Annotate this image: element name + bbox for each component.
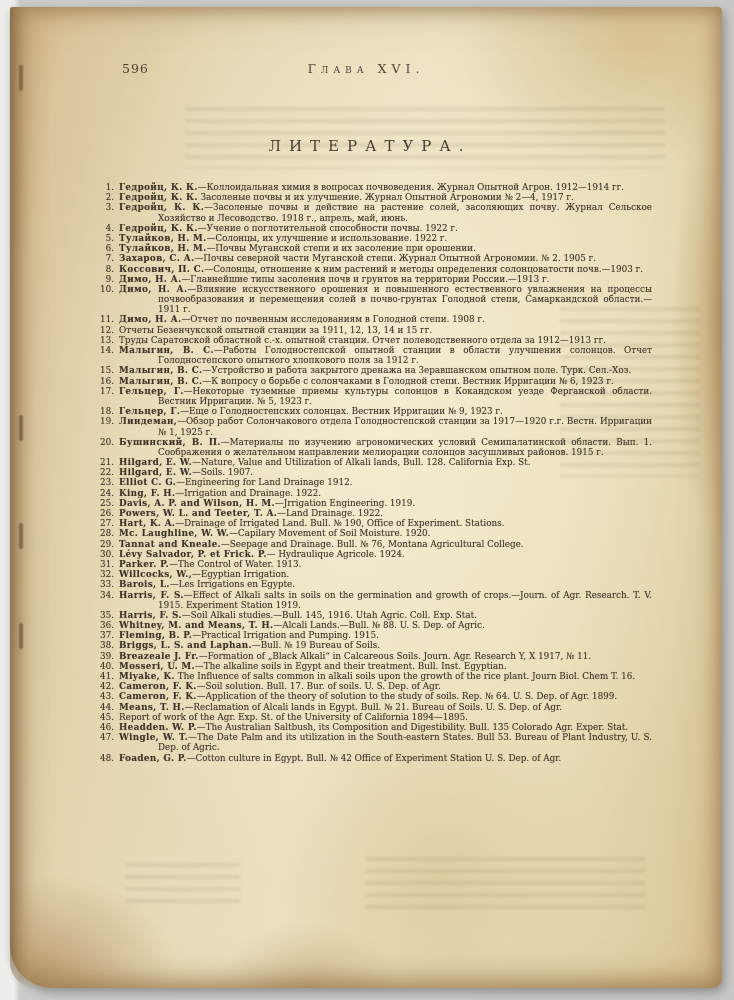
reference-item: 11.Димо, Н. А.—Отчет по почвенным исслед…: [96, 315, 652, 325]
reference-author: Headden. W. P.: [119, 723, 197, 733]
reference-text: —Почвы северной части Муганской степи. Ж…: [195, 254, 597, 264]
reference-text: The Influence of salts common in alkali …: [175, 672, 635, 682]
reference-number: 1.: [96, 183, 114, 193]
reference-number: 4.: [96, 224, 114, 234]
reference-item: 3.Гедройц, К. К.—Засоленые почвы и дейст…: [96, 203, 652, 223]
reference-item: 32.Willcocks, W.,—Egyptian Irrigation.: [96, 570, 652, 580]
section-title: ЛИТЕРАТУРА.: [10, 137, 722, 155]
reference-text: —Soil Alkali studies.—Bull. 145, 1916. U…: [182, 611, 477, 621]
reference-item: 29.Tannat and Kneale.—Seepage and Draina…: [96, 540, 652, 550]
reference-number: 13.: [96, 336, 114, 346]
reference-text: Засоленые почвы и их улучшение. Журнал О…: [198, 193, 574, 203]
reference-text: —Capilary Movement of Soil Moisture. 192…: [229, 529, 430, 539]
reference-number: 26.: [96, 509, 114, 519]
reference-item: 23.Elliot C. G.—Engineering for Land Dra…: [96, 478, 652, 488]
reference-item: 10.Димо, Н. А.—Влияние искусственного ор…: [96, 285, 652, 316]
reference-author: Димо, Н. А.: [119, 275, 182, 285]
reference-number: 19.: [96, 417, 114, 427]
reference-author: Harris, F. S.: [119, 611, 182, 621]
reference-item: 21.Hilgard, E. W.—Nature, Value and Util…: [96, 458, 652, 468]
reference-item: 25.Davis, A. P. and Wilson, H. M.—Jrriga…: [96, 499, 652, 509]
reference-text: —Soils. 1907.: [192, 468, 253, 478]
reference-number: 31.: [96, 560, 114, 570]
reference-item: 7.Захаров, С. А.—Почвы северной части Му…: [96, 254, 652, 264]
reference-author: Гельцер, Г.: [119, 387, 184, 397]
reference-text: —The Australian Saltbush, its Compositio…: [197, 723, 628, 733]
reference-text: —Effect of Alkali salts in soils on the …: [158, 591, 652, 611]
reference-text: —Материалы по изучению агрономических ус…: [158, 438, 652, 458]
reference-number: 20.: [96, 438, 114, 448]
reference-item: 13.Труды Саратовской областной с.-х. опы…: [96, 336, 652, 346]
reference-item: 30.Lévy Salvador, P. et Frick. P.— Hydra…: [96, 550, 652, 560]
reference-author: Тулайков, Н. М.: [119, 244, 207, 254]
reference-list: 1.Гедройц, К. К.—Коллоидальная химия в в…: [96, 183, 652, 764]
reference-number: 14.: [96, 346, 114, 356]
reference-number: 38.: [96, 641, 114, 651]
reference-item: 8.Коссович, П. С.—Солонцы, отношение к н…: [96, 265, 652, 275]
reference-item: 1.Гедройц, К. К.—Коллоидальная химия в в…: [96, 183, 652, 193]
reference-number: 36.: [96, 621, 114, 631]
reference-number: 41.: [96, 672, 114, 682]
reference-text: —Nature, Value and Utilization of Alkali…: [192, 458, 530, 468]
reference-author: Гедройц, К. К.: [119, 193, 198, 203]
reference-number: 21.: [96, 458, 114, 468]
reference-item: 39.Breazeale J. Fr.—Formation of „Black …: [96, 652, 652, 662]
reference-item: 46.Headden. W. P.—The Australian Saltbus…: [96, 723, 652, 733]
running-header: 596 Глава XVI.: [10, 61, 722, 76]
reference-text: —Влияние искусственного орошения и повыш…: [158, 285, 652, 315]
reference-text: —Солонцы, отношение к ним растений и мет…: [204, 265, 643, 275]
reference-number: 5.: [96, 234, 114, 244]
reference-item: 33.Barois, L.—Les Irrigations en Egypte.: [96, 580, 652, 590]
reference-text: —Soil solution. Bull. 17. Bur. of soils.…: [197, 682, 441, 692]
reference-number: 39.: [96, 652, 114, 662]
reference-text: —К вопросу о борьбе с солончаками в Голо…: [202, 377, 613, 387]
reference-author: Breazeale J. Fr.: [119, 652, 199, 662]
reference-item: 6.Тулайков, Н. М.—Почвы Муганской степи …: [96, 244, 652, 254]
reference-author: Powers, W. L. and Teeter, T. A.: [119, 509, 277, 519]
reference-number: 7.: [96, 254, 114, 264]
chapter-header: Глава XVI.: [10, 61, 722, 76]
reference-text: —Bull. № 19 Bureau of Soils.: [252, 641, 380, 651]
reference-author: Elliot C. G.: [119, 478, 176, 488]
reference-item: 16.Малыгин, В. С.—К вопросу о борьбе с с…: [96, 377, 652, 387]
reference-text: —Formation of „Black Alkali“ in Calcareo…: [199, 652, 591, 662]
scanned-book-page: 596 Глава XVI. ЛИТЕРАТУРА. 1.Гедройц, К.…: [10, 7, 722, 988]
reference-number: 17.: [96, 387, 114, 397]
reference-number: 45.: [96, 713, 114, 723]
reference-author: Tannat and Kneale.: [119, 540, 221, 550]
reference-item: 42.Cameron, F. K.—Soil solution. Bull. 1…: [96, 682, 652, 692]
reference-item: 18.Гельцер, Г.—Еще о Голодностепских сол…: [96, 407, 652, 417]
reference-text: Report of work of the Agr. Exp. St. of t…: [119, 713, 468, 723]
reference-item: 47.Wingle, W. T.—The Date Palm and its u…: [96, 733, 652, 753]
reference-number: 34.: [96, 591, 114, 601]
reference-text: —Главнейшие типы засоления почв и грунто…: [182, 275, 550, 285]
reference-item: 48.Foaden, G. P.—Cotton culture in Egypt…: [96, 754, 652, 764]
reference-author: Lévy Salvador, P. et Frick. P.: [119, 550, 267, 560]
reference-item: 40.Mosseri, U. M.—The alkaline soils in …: [96, 662, 652, 672]
reference-author: Малыгин, В. С.: [119, 377, 202, 387]
reference-item: 43.Cameron, F. K.—Application of the the…: [96, 692, 652, 702]
reference-author: Means, T. H.: [119, 703, 185, 713]
reference-author: Малыгин, В. С.: [119, 346, 214, 356]
reference-text: —The alkaline soils in Egypt and their t…: [195, 662, 507, 672]
reference-item: 20.Бушинский, В. П.—Материалы по изучени…: [96, 438, 652, 458]
reference-author: Fleming, B. P.: [119, 631, 192, 641]
reference-number: 27.: [96, 519, 114, 529]
reference-author: Miyake, K.: [119, 672, 175, 682]
reference-number: 46.: [96, 723, 114, 733]
reference-item: 36.Whitney, M. and Means, T. H.—Alcali L…: [96, 621, 652, 631]
reference-author: Willcocks, W.,: [119, 570, 192, 580]
reference-text: —Seepage and Drainage. Bull. № 76, Monta…: [221, 540, 524, 550]
reference-author: Димо, Н. А.: [119, 315, 182, 325]
reference-number: 42.: [96, 682, 114, 692]
reference-author: Коссович, П. С.: [119, 265, 204, 275]
page-number: 596: [122, 61, 149, 76]
reference-author: Hart, K. A.: [119, 519, 175, 529]
reference-number: 47.: [96, 733, 114, 743]
reference-item: 24.King, F. H.—Irrigation and Drainage. …: [96, 489, 652, 499]
reference-author: King, F. H.: [119, 489, 175, 499]
reference-text: —Солонцы, их улучшение и использование. …: [207, 234, 448, 244]
reference-text: —Коллоидальная химия в вопросах почвовед…: [198, 183, 624, 193]
reference-author: Wingle, W. T.: [119, 733, 188, 743]
reference-text: —Drainage of Irrigated Land. Bull. № 190…: [175, 519, 504, 529]
reference-text: —Irrigation and Drainage. 1922.: [175, 489, 321, 499]
reference-text: —Устройство и работа закрытого дренажа н…: [202, 366, 631, 376]
reference-author: Захаров, С. А.: [119, 254, 195, 264]
reference-author: Гельцер, Г.: [119, 407, 180, 417]
reference-number: 3.: [96, 203, 114, 213]
reference-number: 23.: [96, 478, 114, 488]
reference-number: 43.: [96, 692, 114, 702]
reference-item: 15.Малыгин, В. С.—Устройство и работа за…: [96, 366, 652, 376]
reference-item: 5.Тулайков, Н. М.—Солонцы, их улучшение …: [96, 234, 652, 244]
reference-item: 12.Отчеты Безенчукской опытной станции з…: [96, 326, 652, 336]
reference-item: 38.Briggs, L. S. and Laphan.—Bull. № 19 …: [96, 641, 652, 651]
reference-author: Гедройц, К. К.: [119, 203, 204, 213]
reference-number: 6.: [96, 244, 114, 254]
reference-author: Davis, A. P. and Wilson, H. M.: [119, 499, 275, 509]
reference-item: 28.Mc. Laughline, W. W.—Capilary Movemen…: [96, 529, 652, 539]
reference-text: —Учение о поглотительной способности поч…: [198, 224, 458, 234]
reference-text: —Работы Голодностепской опытной станции …: [158, 346, 652, 366]
reference-number: 10.: [96, 285, 114, 295]
reference-number: 16.: [96, 377, 114, 387]
reference-item: 9.Димо, Н. А.—Главнейшие типы засоления …: [96, 275, 652, 285]
reference-author: Harris, F. S.: [119, 591, 184, 601]
reference-item: 17.Гельцер, Г.—Некоторые туземные приемы…: [96, 387, 652, 407]
reference-number: 44.: [96, 703, 114, 713]
reference-text: —Обзор работ Солончакового отдела Голодн…: [158, 417, 652, 437]
reference-text: —Некоторые туземные приемы культуры соло…: [158, 387, 652, 407]
reference-number: 30.: [96, 550, 114, 560]
reference-author: Бушинский, В. П.: [119, 438, 221, 448]
reference-author: Тулайков, Н. М.: [119, 234, 207, 244]
reference-author: Whitney, M. and Means, T. H.: [119, 621, 273, 631]
reference-number: 32.: [96, 570, 114, 580]
reference-item: 37.Fleming, B. P.—Practical Irrigation a…: [96, 631, 652, 641]
reference-number: 37.: [96, 631, 114, 641]
reference-number: 24.: [96, 489, 114, 499]
reference-item: 26.Powers, W. L. and Teeter, T. A.—Land …: [96, 509, 652, 519]
reference-text: —Land Drainage. 1922.: [277, 509, 383, 519]
reference-text: —Засоленые почвы и действие на растение …: [158, 203, 652, 223]
reference-text: —Jrrigation Engineering. 1919.: [275, 499, 415, 509]
reference-author: Foaden, G. P.: [119, 754, 187, 764]
reference-text: Отчеты Безенчукской опытной станции за 1…: [119, 326, 432, 336]
reference-number: 15.: [96, 366, 114, 376]
reference-item: 35.Harris, F. S.—Soil Alkali studies.—Bu…: [96, 611, 652, 621]
reference-text: — Hydraulique Agricole. 1924.: [267, 550, 405, 560]
reference-author: Hilgard, E. W.: [119, 468, 192, 478]
reference-author: Briggs, L. S. and Laphan.: [119, 641, 252, 651]
reference-author: Parker. P.: [119, 560, 169, 570]
reference-text: —Egyptian Irrigation.: [192, 570, 289, 580]
reference-text: —Les Irrigations en Egypte.: [170, 580, 295, 590]
reference-text: —Engineering for Land Drainage 1912.: [176, 478, 352, 488]
reference-number: 12.: [96, 326, 114, 336]
reference-item: 45.Report of work of the Agr. Exp. St. o…: [96, 713, 652, 723]
reference-item: 31.Parker. P.—The Control of Water. 1913…: [96, 560, 652, 570]
reference-item: 4.Гедройц, К. К.—Учение о поглотительной…: [96, 224, 652, 234]
reference-number: 8.: [96, 265, 114, 275]
reference-text: —Почвы Муганской степи и их засоление пр…: [207, 244, 476, 254]
reference-author: Cameron, F. K.: [119, 682, 197, 692]
reference-number: 29.: [96, 540, 114, 550]
reference-item: 27.Hart, K. A.—Drainage of Irrigated Lan…: [96, 519, 652, 529]
reference-number: 22.: [96, 468, 114, 478]
reference-number: 48.: [96, 754, 114, 764]
reference-text: —Reclamation of Alcali lands in Egypt. B…: [185, 703, 562, 713]
reference-item: 19.Линдеман,—Обзор работ Солончакового о…: [96, 417, 652, 437]
reference-author: Линдеман,: [119, 417, 177, 427]
reference-number: 2.: [96, 193, 114, 203]
reference-author: Гедройц, К. К.: [119, 183, 198, 193]
reference-text: —The Control of Water. 1913.: [169, 560, 301, 570]
reference-author: Димо, Н. А.: [119, 285, 187, 295]
reference-text: —Cotton culture in Egypt. Bull. № 42 Off…: [187, 754, 562, 764]
reference-item: 2.Гедройц, К. К. Засоленые почвы и их ул…: [96, 193, 652, 203]
reference-text: —Отчет по почвенным исследованиям в Голо…: [182, 315, 485, 325]
reference-number: 11.: [96, 315, 114, 325]
reference-item: 44.Means, T. H.—Reclamation of Alcali la…: [96, 703, 652, 713]
reference-author: Гедройц, К. К.: [119, 224, 198, 234]
reference-number: 28.: [96, 529, 114, 539]
reference-number: 25.: [96, 499, 114, 509]
printed-content: 596 Глава XVI. ЛИТЕРАТУРА. 1.Гедройц, К.…: [10, 7, 722, 988]
reference-item: 34.Harris, F. S.—Effect of Alkali salts …: [96, 591, 652, 611]
reference-number: 33.: [96, 580, 114, 590]
reference-author: Mc. Laughline, W. W.: [119, 529, 229, 539]
reference-item: 22.Hilgard, E. W.—Soils. 1907.: [96, 468, 652, 478]
reference-text: —Alcali Lands.—Bull. № 88. U. S. Dep. of…: [273, 621, 484, 631]
reference-number: 35.: [96, 611, 114, 621]
reference-text: —The Date Palm and its utilization in th…: [158, 733, 652, 753]
reference-item: 41.Miyake, K. The Influence of salts com…: [96, 672, 652, 682]
reference-number: 40.: [96, 662, 114, 672]
reference-text: Труды Саратовской областной с.-х. опытно…: [119, 336, 606, 346]
reference-author: Mosseri, U. M.: [119, 662, 195, 672]
reference-author: Cameron, F. K.: [119, 692, 197, 702]
reference-item: 14.Малыгин, В. С.—Работы Голодностепской…: [96, 346, 652, 366]
reference-text: —Practical Irrigation and Pumping. 1915.: [192, 631, 379, 641]
reference-author: Hilgard, E. W.: [119, 458, 192, 468]
reference-text: —Application of the theory of solution t…: [197, 692, 617, 702]
reference-author: Barois, L.: [119, 580, 170, 590]
reference-number: 18.: [96, 407, 114, 417]
reference-number: 9.: [96, 275, 114, 285]
reference-text: —Еще о Голодностепских солонцах. Вестник…: [180, 407, 503, 417]
reference-author: Малыгин, В. С.: [119, 366, 202, 376]
